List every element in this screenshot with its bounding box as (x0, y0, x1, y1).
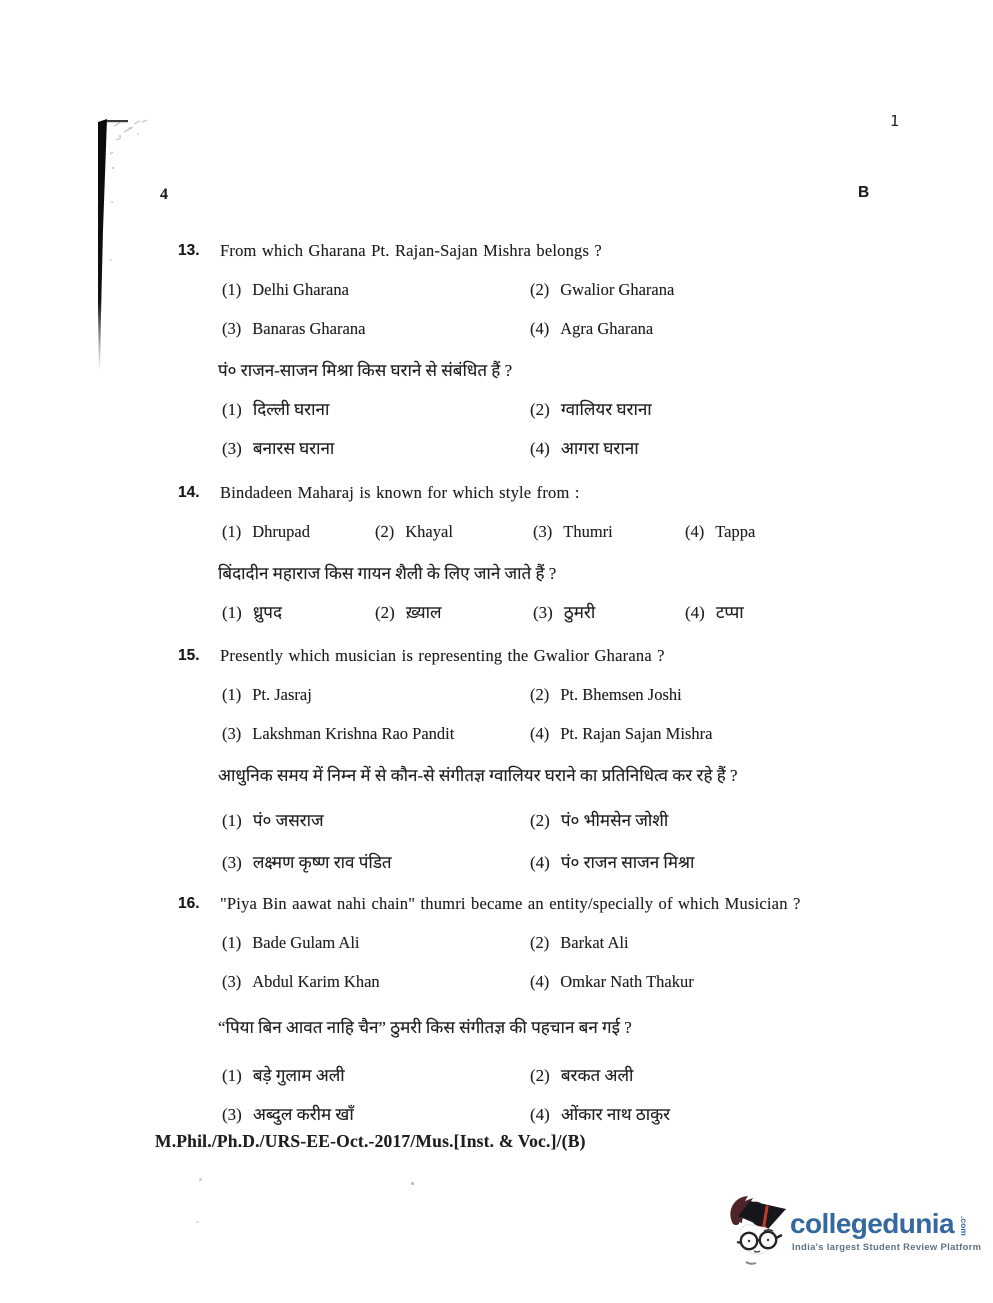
option-label: Abdul Karim Khan (252, 972, 379, 991)
option-en-2: (2)Pt. Bhemsen Joshi (530, 685, 682, 705)
question-text-hi: आधुनिक समय में निम्न में से कौन-से संगीत… (218, 763, 738, 786)
option-number: (3) (222, 853, 242, 873)
option-number: (2) (530, 685, 549, 705)
option-number: (4) (685, 522, 704, 542)
option-label: पं० जसराज (253, 811, 324, 830)
option-number: (1) (222, 400, 242, 420)
option-number: (3) (222, 439, 242, 459)
options-row: (1)Pt. Jasraj (2)Pt. Bhemsen Joshi (178, 685, 978, 724)
question-text-en: "Piya Bin aawat nahi chain" thumri becam… (220, 894, 801, 914)
collegedunia-mascot-icon (726, 1188, 788, 1270)
option-en-4: (4)Tappa (685, 522, 755, 542)
option-number: (4) (530, 853, 550, 873)
option-label: ओंकार नाथ ठाकुर (561, 1105, 670, 1124)
option-number: (2) (530, 400, 550, 420)
option-hi-4: (4)आगरा घराना (530, 436, 639, 459)
scan-dot (199, 1178, 202, 1181)
option-hi-1: (1)पं० जसराज (222, 808, 324, 831)
option-number: (4) (530, 1105, 550, 1125)
option-en-1: (1)Pt. Jasraj (222, 685, 312, 705)
option-hi-4: (4)पं० राजन साजन मिश्रा (530, 850, 694, 873)
options-row: (3)Abdul Karim Khan (4)Omkar Nath Thakur (178, 972, 978, 1015)
options-row: (1)दिल्ली घराना (2)ग्वालियर घराना (178, 397, 978, 436)
option-number: (4) (530, 319, 549, 339)
question-number: 16. (178, 895, 200, 913)
option-hi-2: (2)ख़्याल (375, 600, 442, 623)
options-row: (1)Dhrupad (2)Khayal (3)Thumri (4)Tappa (178, 522, 978, 561)
option-hi-4: (4)ओंकार नाथ ठाकुर (530, 1102, 670, 1125)
option-label: बरकत अली (561, 1066, 634, 1085)
option-label: Agra Gharana (560, 319, 653, 338)
option-label: दिल्ली घराना (253, 400, 330, 419)
scan-dot (411, 1182, 414, 1185)
option-en-1: (1)Bade Gulam Ali (222, 933, 359, 953)
option-label: Pt. Bhemsen Joshi (560, 685, 681, 704)
option-label: Khayal (405, 522, 453, 541)
option-label: Thumri (563, 522, 613, 541)
option-label: Bade Gulam Ali (252, 933, 359, 952)
question-14: 14. Bindadeen Maharaj is known for which… (178, 483, 978, 639)
option-en-3: (3)Lakshman Krishna Rao Pandit (222, 724, 454, 744)
option-label: ख़्याल (406, 603, 442, 622)
option-label: Lakshman Krishna Rao Pandit (252, 724, 454, 743)
collegedunia-tagline: India's largest Student Review Platform (792, 1241, 981, 1252)
options-row: (1)ध्रुपद (2)ख़्याल (3)ठुमरी (4)टप्पा (178, 600, 978, 639)
option-number: (2) (375, 603, 395, 623)
option-label: पं० राजन साजन मिश्रा (561, 853, 695, 872)
collegedunia-brand-text: collegedunia (790, 1208, 954, 1240)
option-number: (1) (222, 522, 241, 542)
option-number: (3) (222, 1105, 242, 1125)
scanned-exam-page: 4 1 B 13. From which Gharana Pt. Rajan-S… (0, 0, 993, 1303)
question-text-hi: बिंदादीन महाराज किस गायन शैली के लिए जान… (218, 561, 556, 584)
option-hi-1: (1)ध्रुपद (222, 600, 282, 623)
question-15: 15. Presently which musician is represen… (178, 646, 978, 883)
option-en-2: (2)Barkat Ali (530, 933, 629, 953)
option-en-3: (3)Abdul Karim Khan (222, 972, 380, 992)
option-label: टप्पा (716, 603, 744, 622)
option-label: Pt. Jasraj (252, 685, 312, 704)
option-hi-1: (1)दिल्ली घराना (222, 397, 329, 420)
question-16-hindi: “पिया बिन आवत नाहि चैन” ठुमरी किस संगीतज… (178, 1015, 978, 1059)
option-number: (3) (222, 724, 241, 744)
page-number: 4 (160, 186, 168, 204)
option-number: (4) (685, 603, 705, 623)
option-number: (4) (530, 972, 549, 992)
option-label: Banaras Gharana (252, 319, 365, 338)
option-label: Tappa (715, 522, 755, 541)
option-number: (3) (222, 319, 241, 339)
option-number: (1) (222, 933, 241, 953)
option-label: Gwalior Gharana (560, 280, 674, 299)
option-number: (2) (530, 811, 550, 831)
question-16: 16. "Piya Bin aawat nahi chain" thumri b… (178, 894, 978, 1137)
question-16-english: 16. "Piya Bin aawat nahi chain" thumri b… (178, 894, 978, 933)
collegedunia-watermark: collegedunia .com India's largest Studen… (726, 1186, 986, 1278)
option-number: (2) (530, 280, 549, 300)
option-label: बड़े गुलाम अली (253, 1066, 345, 1085)
question-text-en: Bindadeen Maharaj is known for which sty… (220, 483, 580, 503)
option-label: बनारस घराना (253, 439, 334, 458)
option-label: पं० भीमसेन जोशी (561, 811, 668, 830)
option-hi-3: (3)ठुमरी (533, 600, 595, 623)
option-label: Dhrupad (252, 522, 310, 541)
question-13-english: 13. From which Gharana Pt. Rajan-Sajan M… (178, 241, 978, 280)
option-number: (2) (530, 933, 549, 953)
option-label: अब्दुल करीम खाँ (253, 1105, 354, 1124)
option-number: (1) (222, 280, 241, 300)
option-en-1: (1)Delhi Gharana (222, 280, 349, 300)
option-label: Pt. Rajan Sajan Mishra (560, 724, 712, 743)
question-number: 14. (178, 484, 200, 502)
option-number: (1) (222, 811, 242, 831)
option-hi-1: (1)बड़े गुलाम अली (222, 1063, 345, 1086)
option-number: (1) (222, 603, 242, 623)
options-row: (1)पं० जसराज (2)पं० भीमसेन जोशी (178, 802, 978, 844)
options-row: (3)Lakshman Krishna Rao Pandit (4)Pt. Ra… (178, 724, 978, 763)
collegedunia-brand-suffix: .com (959, 1216, 969, 1236)
question-text-hi: पं० राजन-साजन मिश्रा किस घराने से संबंधि… (218, 358, 512, 381)
option-hi-4: (4)टप्पा (685, 600, 744, 623)
option-hi-3: (3)अब्दुल करीम खाँ (222, 1102, 354, 1125)
question-15-hindi: आधुनिक समय में निम्न में से कौन-से संगीत… (178, 763, 978, 802)
option-label: Delhi Gharana (252, 280, 349, 299)
question-number: 15. (178, 647, 200, 665)
option-en-3: (3)Thumri (533, 522, 613, 542)
option-label: Barkat Ali (560, 933, 628, 952)
option-number: (3) (533, 603, 553, 623)
question-number: 13. (178, 242, 200, 260)
question-14-english: 14. Bindadeen Maharaj is known for which… (178, 483, 978, 522)
option-en-2: (2)Khayal (375, 522, 453, 542)
options-row: (3)लक्ष्मण कृष्ण राव पंडित (4)पं० राजन स… (178, 844, 978, 883)
paper-code-footer: M.Phil./Ph.D./URS-EE-Oct.-2017/Mus.[Inst… (155, 1131, 586, 1152)
option-number: (4) (530, 439, 550, 459)
question-text-en: From which Gharana Pt. Rajan-Sajan Mishr… (220, 241, 602, 261)
option-label: ध्रुपद (253, 603, 282, 622)
option-en-4: (4)Omkar Nath Thakur (530, 972, 694, 992)
question-text-hi: “पिया बिन आवत नाहि चैन” ठुमरी किस संगीतज… (218, 1015, 632, 1038)
option-label: लक्ष्मण कृष्ण राव पंडित (253, 853, 392, 872)
question-text-en: Presently which musician is representing… (220, 646, 665, 666)
option-hi-3: (3)लक्ष्मण कृष्ण राव पंडित (222, 850, 392, 873)
option-hi-2: (2)ग्वालियर घराना (530, 397, 652, 420)
option-number: (2) (530, 1066, 550, 1086)
option-number: (4) (530, 724, 549, 744)
option-label: ठुमरी (564, 603, 595, 622)
option-en-2: (2)Gwalior Gharana (530, 280, 674, 300)
options-row: (1)बड़े गुलाम अली (2)बरकत अली (178, 1059, 978, 1098)
scan-artifact-line (86, 110, 176, 410)
question-13-hindi: पं० राजन-साजन मिश्रा किस घराने से संबंधि… (178, 358, 978, 397)
option-number: (2) (375, 522, 394, 542)
option-label: ग्वालियर घराना (561, 400, 652, 419)
option-en-1: (1)Dhrupad (222, 522, 310, 542)
options-row: (1)Delhi Gharana (2)Gwalior Gharana (178, 280, 978, 319)
options-row: (1)Bade Gulam Ali (2)Barkat Ali (178, 933, 978, 972)
options-row: (3)Banaras Gharana (4)Agra Gharana (178, 319, 978, 358)
option-label: Omkar Nath Thakur (560, 972, 694, 991)
question-15-english: 15. Presently which musician is represen… (178, 646, 978, 685)
option-en-4: (4)Agra Gharana (530, 319, 653, 339)
option-number: (1) (222, 685, 241, 705)
question-13: 13. From which Gharana Pt. Rajan-Sajan M… (178, 241, 978, 475)
option-number: (3) (533, 522, 552, 542)
option-en-3: (3)Banaras Gharana (222, 319, 365, 339)
option-label: आगरा घराना (561, 439, 639, 458)
question-14-hindi: बिंदादीन महाराज किस गायन शैली के लिए जान… (178, 561, 978, 600)
option-en-4: (4)Pt. Rajan Sajan Mishra (530, 724, 712, 744)
option-hi-2: (2)बरकत अली (530, 1063, 633, 1086)
option-hi-2: (2)पं० भीमसेन जोशी (530, 808, 668, 831)
option-number: (1) (222, 1066, 242, 1086)
booklet-code: B (858, 184, 869, 202)
option-number: (3) (222, 972, 241, 992)
option-hi-3: (3)बनारस घराना (222, 436, 334, 459)
scan-dot (196, 1221, 199, 1223)
corner-mark: 1 (890, 112, 900, 130)
options-row: (3)बनारस घराना (4)आगरा घराना (178, 436, 978, 475)
